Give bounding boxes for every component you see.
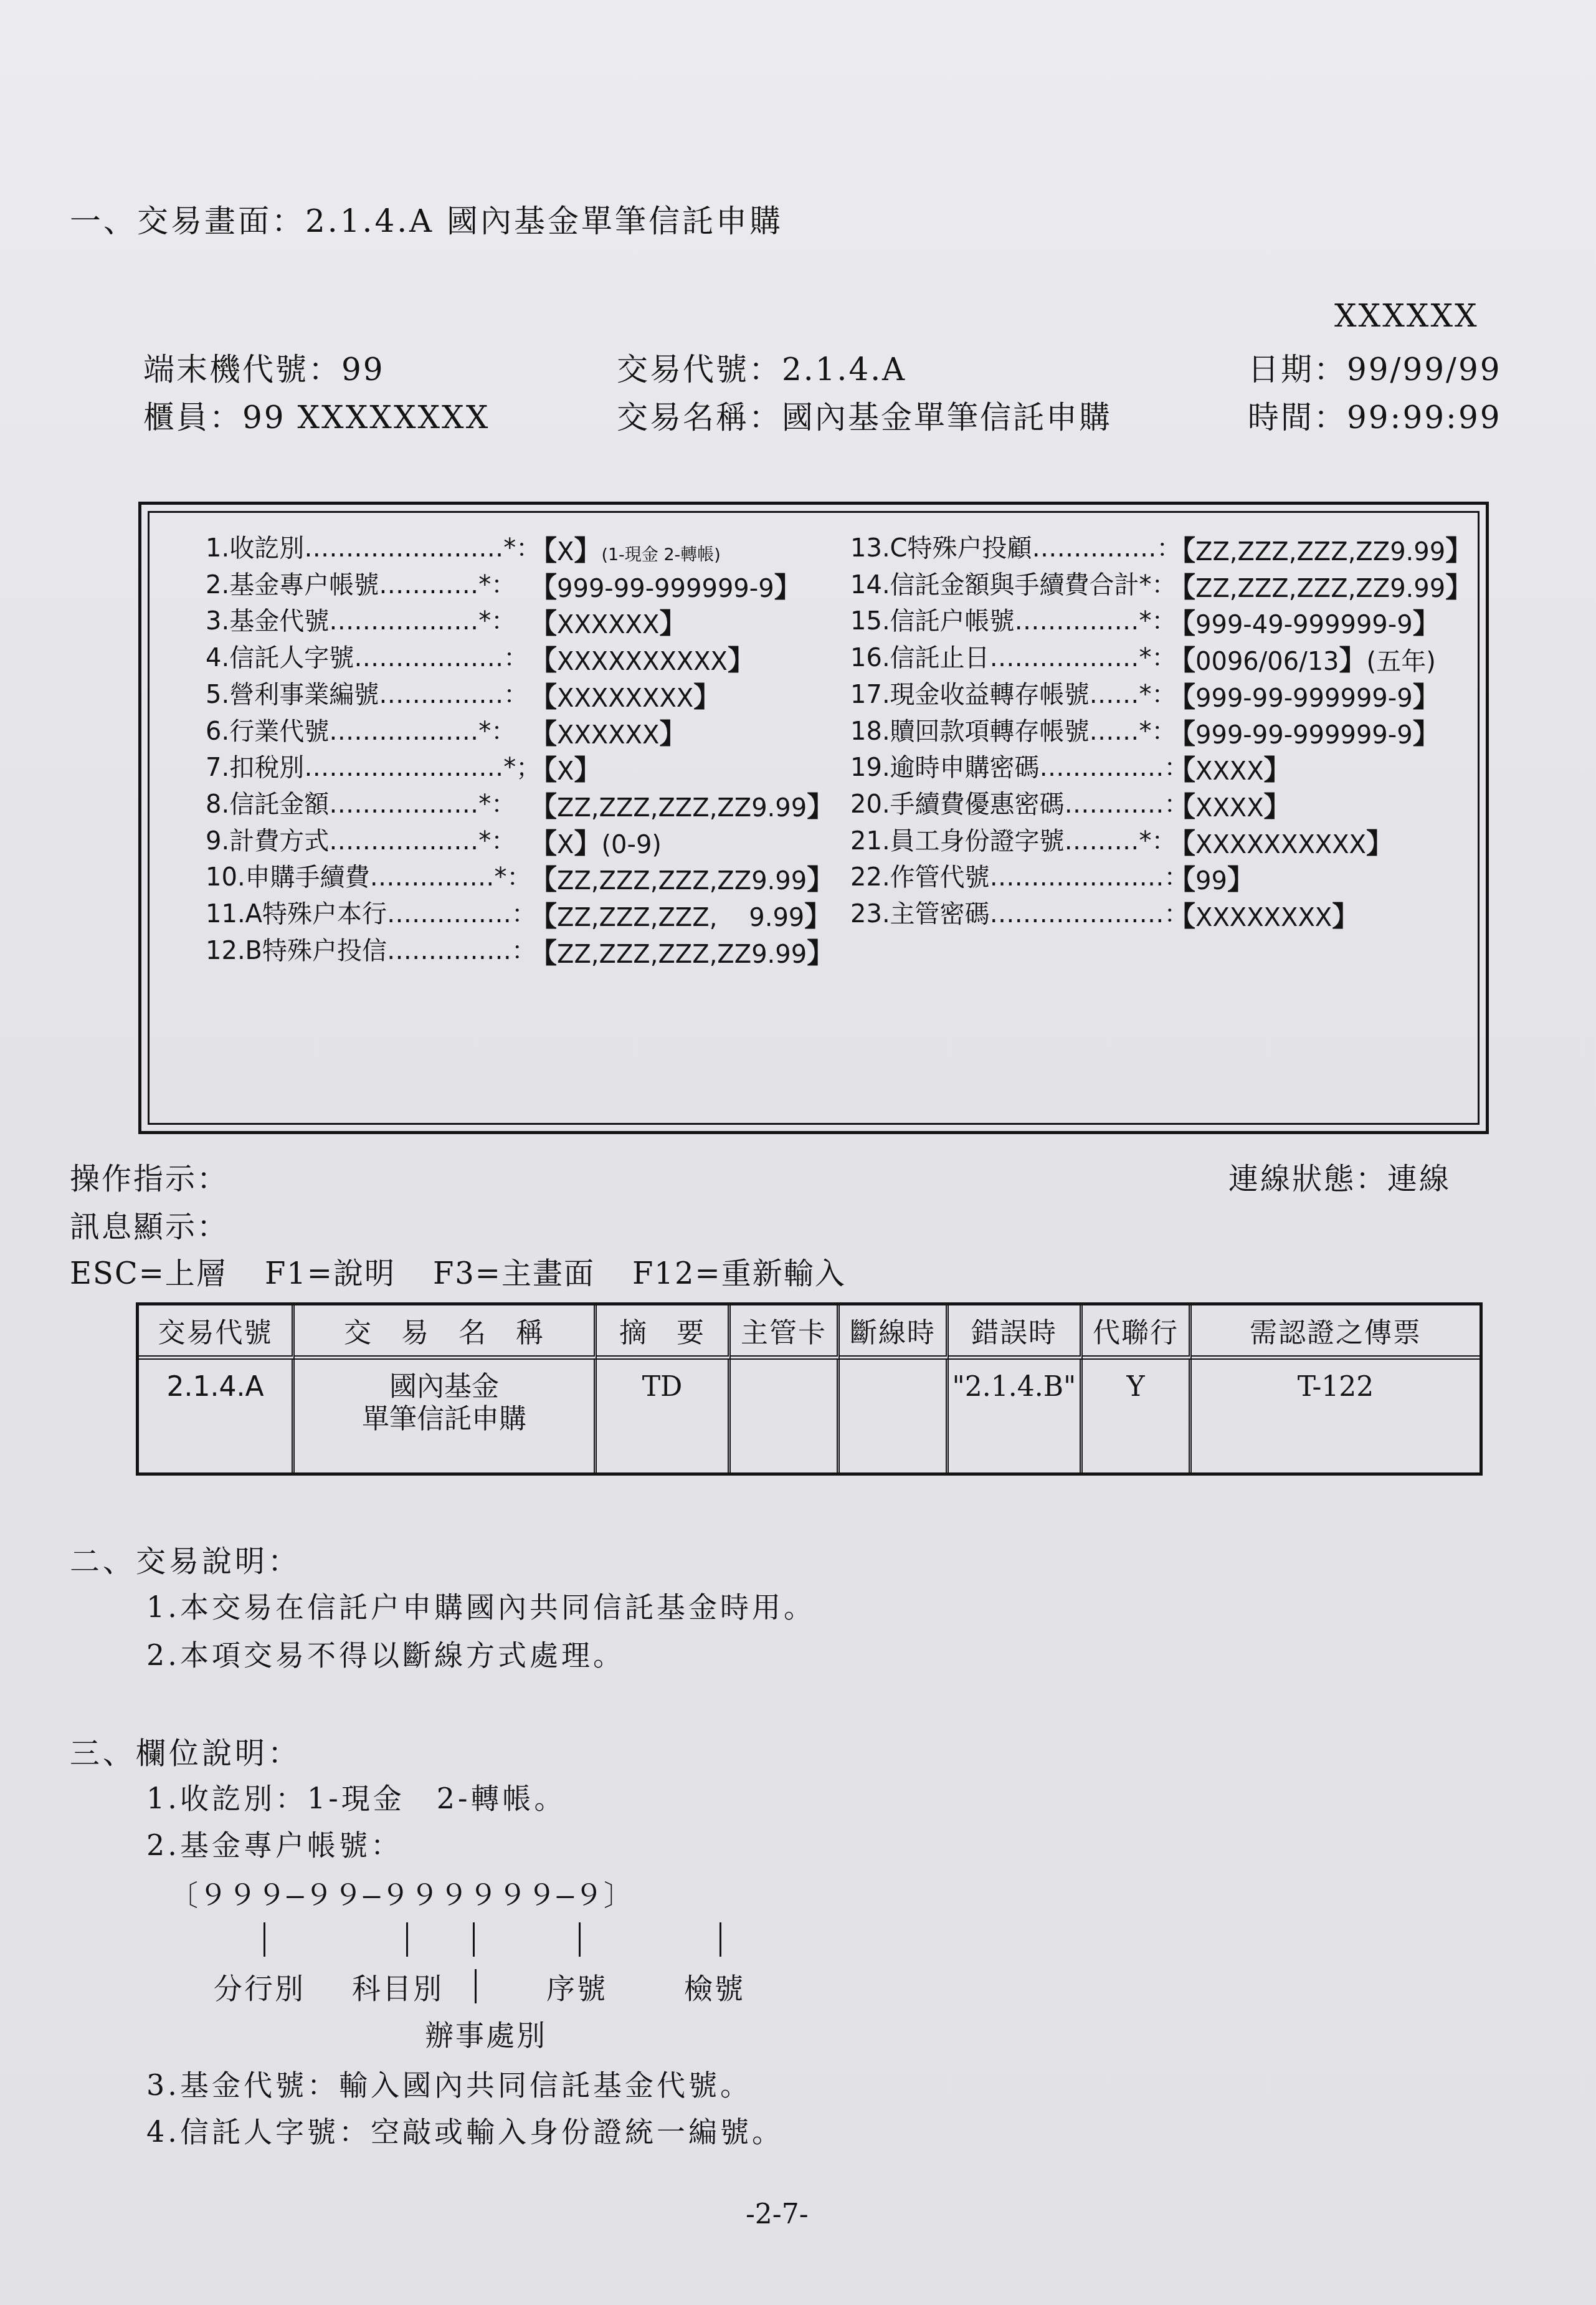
pointer-line <box>264 1922 265 1957</box>
form-field-label: 11.A特殊户本行……………： <box>206 894 536 930</box>
form-field-input[interactable]: 【XXXXXXXXXX】 <box>1168 821 1394 861</box>
form-field-row: 20.手續費優惠密碼…………：【XXXX】 <box>850 785 1189 820</box>
cell-offline <box>840 1360 949 1472</box>
form-field-hint: (五年) <box>1367 647 1436 676</box>
part-branch: 分行別 <box>214 1966 305 2007</box>
f3-key[interactable]: F3=主畫面 <box>433 1256 595 1291</box>
form-field-input[interactable]: 【XXXXXX】 <box>530 712 686 752</box>
f1-key[interactable]: F1=說明 <box>265 1256 396 1291</box>
field-bracket-open: 【 <box>530 938 557 970</box>
cell-on-error: "2.1.4.B" <box>949 1360 1083 1472</box>
form-field-input[interactable]: 【X】(0-9) <box>530 821 662 861</box>
form-field-input[interactable]: 【ZZ,ZZZ,ZZZ,ZZ9.99】 <box>1168 565 1473 605</box>
form-field-row: 12.B特殊户投信……………：【ZZ,ZZZ,ZZZ,ZZ9.99】 <box>206 931 536 966</box>
field-bracket-open: 【 <box>530 791 557 823</box>
form-field-value: X <box>557 757 574 786</box>
form-field-row: 17.現金收益轉存帳號……*：【999-99-999999-9】 <box>850 675 1177 710</box>
section-3-item-1: 1.收訖別：1-現金 2-轉帳。 <box>146 1776 566 1817</box>
form-field-row: 23.主管密碼…………………：【XXXXXXXX】 <box>850 894 1189 930</box>
form-field-label: 16.信託止日………………*： <box>850 638 1177 674</box>
form-field-row: 5.營利事業編號……………：【XXXXXXXX】 <box>206 675 528 710</box>
form-field-row: 11.A特殊户本行……………：【ZZ,ZZZ,ZZZ, 9.99】 <box>206 894 536 930</box>
form-field-value: ZZ,ZZZ,ZZZ, 9.99 <box>557 904 804 932</box>
transaction-name: 交易名稱：國內基金單筆信託申購 <box>617 393 1112 437</box>
form-field-row: 7.扣稅別……………………*；【X】 <box>206 748 541 783</box>
col-header-agent-bank: 代聯行 <box>1083 1305 1192 1360</box>
form-field-label: 22.作管代號…………………： <box>850 857 1189 893</box>
field-bracket-close: 】 <box>1332 901 1359 933</box>
field-bracket-close: 】 <box>659 608 686 640</box>
field-bracket-close: 】 <box>1413 718 1440 750</box>
message-display-label: 訊息顯示： <box>70 1203 229 1246</box>
field-bracket-open: 【 <box>1168 608 1195 640</box>
form-field-value: 999-99-999999-9 <box>1195 721 1413 750</box>
field-bracket-open: 【 <box>1168 901 1195 933</box>
section-1-heading: 一、交易畫面：2.1.4.A 國內基金單筆信託申購 <box>70 196 783 241</box>
form-field-input[interactable]: 【X】 <box>530 748 601 788</box>
cell-supervisor-card <box>731 1360 840 1472</box>
cell-txn-code: 2.1.4.A <box>139 1360 295 1472</box>
part-subject: 科目別 <box>352 1966 444 2007</box>
form-field-value: XXXX <box>1195 757 1264 786</box>
table-row: 2.1.4.A 國內基金 單筆信託申購 TD "2.1.4.B" Y T-122 <box>139 1360 1480 1472</box>
form-field-input[interactable]: 【XXXX】 <box>1168 748 1291 788</box>
field-bracket-close: 】 <box>1445 535 1473 567</box>
form-field-row: 16.信託止日………………*：【0096/06/13】(五年) <box>850 638 1177 674</box>
form-field-label: 3.基金代號………………*： <box>206 601 516 637</box>
top-right-code: XXXXXX <box>1334 298 1479 334</box>
field-bracket-open: 【 <box>1168 791 1195 823</box>
terminal-id: 端末機代號：99 <box>143 345 385 389</box>
field-bracket-open: 【 <box>530 864 557 896</box>
field-bracket-close: 】 <box>774 572 802 604</box>
form-field-row: 22.作管代號…………………：【99】 <box>850 857 1189 893</box>
field-bracket-open: 【 <box>1168 718 1195 750</box>
field-bracket-close: 】 <box>1366 828 1394 860</box>
form-field-row: 13.C特殊户投顧……………：【ZZ,ZZZ,ZZZ,ZZ9.99】 <box>850 528 1182 564</box>
field-bracket-open: 【 <box>530 901 557 933</box>
f12-key[interactable]: F12=重新輸入 <box>632 1256 846 1291</box>
field-bracket-open: 【 <box>1168 572 1195 604</box>
field-bracket-open: 【 <box>530 608 557 640</box>
field-bracket-close: 】 <box>574 535 601 567</box>
form-field-input[interactable]: 【ZZ,ZZZ,ZZZ, 9.99】 <box>530 894 832 934</box>
form-field-row: 9.計費方式………………*：【X】(0-9) <box>206 821 516 857</box>
field-bracket-open: 【 <box>530 645 557 677</box>
form-field-row: 6.行業代號………………*：【XXXXXX】 <box>206 712 516 747</box>
section-2-heading: 二、交易說明： <box>70 1537 301 1580</box>
field-bracket-open: 【 <box>1168 682 1195 713</box>
form-field-value: 999-99-999999-9 <box>1195 684 1413 713</box>
account-format-diagram: 〔９９９—９９—９９９９９９—９〕 <box>169 1873 633 1914</box>
col-header-voucher: 需認證之傳票 <box>1192 1305 1480 1360</box>
form-field-label: 2.基金專户帳號…………*： <box>206 565 516 601</box>
form-field-input[interactable]: 【XXXXXXXX】 <box>1168 894 1359 934</box>
form-field-label: 5.營利事業編號……………： <box>206 675 528 710</box>
col-header-supervisor-card: 主管卡 <box>731 1305 840 1360</box>
form-field-value: ZZ,ZZZ,ZZZ,ZZ9.99 <box>1195 575 1445 603</box>
form-field-value: X <box>557 538 574 566</box>
form-field-input[interactable]: 【999-49-999999-9】 <box>1168 601 1440 641</box>
form-field-row: 21.員工身份證字號………*：【XXXXXXXXXX】 <box>850 821 1177 857</box>
form-field-input[interactable]: 【XXXXXXXXXX】 <box>530 638 755 678</box>
form-field-value: XXXXXX <box>557 721 659 750</box>
form-field-value: XXXXXXXX <box>1195 904 1332 932</box>
transaction-spec-table: 交易代號 交 易 名 稱 摘 要 主管卡 斷線時 錯誤時 代聯行 需認證之傳票 … <box>136 1302 1483 1476</box>
form-field-label: 8.信託金額………………*： <box>206 785 516 820</box>
teller-id: 櫃員：99 XXXXXXXX <box>143 393 490 437</box>
pointer-line <box>475 1969 477 2003</box>
form-field-value: XXXXXXXX <box>557 684 693 713</box>
form-field-hint: (0-9) <box>601 831 662 859</box>
page-number: -2-7- <box>746 2198 809 2230</box>
field-bracket-open: 【 <box>1168 755 1195 786</box>
field-bracket-close: 】 <box>1413 682 1440 713</box>
operation-hint-label: 操作指示： <box>70 1155 229 1198</box>
form-field-value: XXXXXX <box>557 611 659 639</box>
cell-summary: TD <box>597 1360 731 1472</box>
form-field-value: 999-99-999999-9 <box>557 575 774 603</box>
field-bracket-close: 】 <box>1264 755 1291 786</box>
field-bracket-close: 】 <box>659 718 686 750</box>
form-field-label: 17.現金收益轉存帳號……*： <box>850 675 1177 710</box>
esc-key[interactable]: ESC=上層 <box>70 1256 227 1291</box>
form-field-value: 999-49-999999-9 <box>1195 611 1413 639</box>
cell-txn-name: 國內基金 單筆信託申購 <box>295 1360 597 1472</box>
form-field-label: 4.信託人字號………………： <box>206 638 528 674</box>
col-header-on-error: 錯誤時 <box>949 1305 1083 1360</box>
field-bracket-open: 【 <box>1168 828 1195 860</box>
date-field: 日期：99/99/99 <box>1248 345 1502 389</box>
col-header-summary: 摘 要 <box>597 1305 731 1360</box>
field-bracket-close: 】 <box>807 938 834 970</box>
form-field-input[interactable]: 【99】 <box>1168 857 1255 897</box>
form-field-input[interactable]: 【999-99-999999-9】 <box>1168 675 1440 715</box>
form-field-label: 6.行業代號………………*： <box>206 712 516 747</box>
section-2-item-1: 1.本交易在信託户申購國內共同信託基金時用。 <box>146 1585 815 1626</box>
form-field-label: 19.逾時申購密碼……………： <box>850 748 1189 783</box>
form-field-row: 15.信託户帳號……………*：【999-49-999999-9】 <box>850 601 1177 637</box>
time-field: 時間：99:99:99 <box>1248 393 1502 437</box>
form-field-value: XXXX <box>1195 794 1264 823</box>
table-header-row: 交易代號 交 易 名 稱 摘 要 主管卡 斷線時 錯誤時 代聯行 需認證之傳票 <box>139 1305 1480 1360</box>
form-field-label: 12.B特殊户投信……………： <box>206 931 536 966</box>
part-office: 辦事處別 <box>425 2013 547 2054</box>
part-check-digit: 檢號 <box>684 1966 745 2007</box>
form-field-row: 18.贖回款項轉存帳號……*：【999-99-999999-9】 <box>850 712 1177 747</box>
form-field-label: 18.贖回款項轉存帳號……*： <box>850 712 1177 747</box>
form-field-label: 1.收訖別……………………*： <box>206 528 541 564</box>
field-bracket-close: 】 <box>574 755 601 786</box>
field-bracket-close: 】 <box>807 791 834 823</box>
cell-agent-bank: Y <box>1083 1360 1192 1472</box>
form-field-label: 10.申購手續費……………*： <box>206 857 532 893</box>
form-field-value: X <box>557 831 574 859</box>
form-field-value: 0096/06/13 <box>1195 647 1339 676</box>
pointer-line <box>406 1922 408 1957</box>
form-field-input[interactable]: 【XXXXXX】 <box>530 601 686 641</box>
form-field-label: 21.員工身份證字號………*： <box>850 821 1177 857</box>
form-field-row: 1.收訖別……………………*：【X】(1-現金 2-轉帳) <box>206 528 541 564</box>
col-header-txn-name: 交 易 名 稱 <box>295 1305 597 1360</box>
section-3-item-2: 2.基金專户帳號： <box>146 1823 402 1864</box>
part-serial: 序號 <box>546 1966 607 2007</box>
form-field-input[interactable]: 【ZZ,ZZZ,ZZZ,ZZ9.99】 <box>530 931 834 971</box>
field-bracket-close: 】 <box>1339 645 1367 677</box>
transaction-code: 交易代號：2.1.4.A <box>617 345 906 389</box>
form-field-input[interactable]: 【XXXX】 <box>1168 785 1291 824</box>
cell-voucher: T-122 <box>1192 1360 1480 1472</box>
form-field-hint: (1-現金 2-轉帳) <box>601 545 721 565</box>
form-field-value: ZZ,ZZZ,ZZZ,ZZ9.99 <box>557 940 807 969</box>
field-bracket-close: 】 <box>574 828 601 860</box>
field-bracket-close: 】 <box>1227 864 1255 896</box>
section-2-item-2: 2.本項交易不得以斷線方式處理。 <box>146 1633 625 1674</box>
col-header-txn-code: 交易代號 <box>139 1305 295 1360</box>
field-bracket-close: 】 <box>1413 608 1440 640</box>
field-bracket-open: 【 <box>530 828 557 860</box>
section-3-heading: 三、欄位說明： <box>70 1729 301 1772</box>
form-field-input[interactable]: 【X】(1-現金 2-轉帳) <box>530 528 721 568</box>
form-field-input[interactable]: 【ZZ,ZZZ,ZZZ,ZZ9.99】 <box>1168 528 1473 568</box>
section-3-item-3: 3.基金代號：輸入國內共同信託基金代號。 <box>146 2063 752 2104</box>
pointer-line <box>579 1922 581 1957</box>
field-bracket-close: 】 <box>1445 572 1473 604</box>
form-field-row: 14.信託金額與手續費合計*：【ZZ,ZZZ,ZZZ,ZZ9.99】 <box>850 565 1177 601</box>
function-keys-bar: ESC=上層F1=說明F3=主畫面F12=重新輸入 <box>70 1249 846 1292</box>
field-bracket-open: 【 <box>1168 864 1195 896</box>
field-bracket-open: 【 <box>530 682 557 713</box>
field-bracket-close: 】 <box>728 645 755 677</box>
field-bracket-close: 】 <box>807 864 834 896</box>
form-field-input[interactable]: 【XXXXXXXX】 <box>530 675 721 715</box>
field-bracket-close: 】 <box>804 901 832 933</box>
form-field-value: XXXXXXXXXX <box>557 647 728 676</box>
form-field-value: ZZ,ZZZ,ZZZ,ZZ9.99 <box>557 794 807 823</box>
form-field-row: 4.信託人字號………………：【XXXXXXXXXX】 <box>206 638 528 674</box>
form-field-row: 3.基金代號………………*：【XXXXXX】 <box>206 601 516 637</box>
form-field-row: 2.基金專户帳號…………*：【999-99-999999-9】 <box>206 565 516 601</box>
form-field-row: 8.信託金額………………*：【ZZ,ZZZ,ZZZ,ZZ9.99】 <box>206 785 516 820</box>
form-field-label: 13.C特殊户投顧……………： <box>850 528 1182 564</box>
form-field-input[interactable]: 【0096/06/13】(五年) <box>1168 638 1436 678</box>
form-field-input[interactable]: 【ZZ,ZZZ,ZZZ,ZZ9.99】 <box>530 785 834 824</box>
form-field-label: 9.計費方式………………*： <box>206 821 516 857</box>
form-field-input[interactable]: 【ZZ,ZZZ,ZZZ,ZZ9.99】 <box>530 857 834 897</box>
form-field-value: ZZ,ZZZ,ZZZ,ZZ9.99 <box>1195 538 1445 566</box>
col-header-offline: 斷線時 <box>840 1305 949 1360</box>
form-field-label: 14.信託金額與手續費合計*： <box>850 565 1177 601</box>
field-bracket-open: 【 <box>530 755 557 786</box>
form-field-input[interactable]: 【999-99-999999-9】 <box>1168 712 1440 752</box>
field-bracket-close: 】 <box>1264 791 1291 823</box>
pointer-line <box>473 1922 475 1957</box>
form-field-value: ZZ,ZZZ,ZZZ,ZZ9.99 <box>557 867 807 895</box>
form-field-label: 15.信託户帳號……………*： <box>850 601 1177 637</box>
form-field-row: 19.逾時申購密碼……………：【XXXX】 <box>850 748 1189 783</box>
form-field-row: 10.申購手續費……………*：【ZZ,ZZZ,ZZZ,ZZ9.99】 <box>206 857 532 893</box>
form-field-input[interactable]: 【999-99-999999-9】 <box>530 565 802 605</box>
form-field-value: XXXXXXXXXX <box>1195 831 1366 859</box>
form-field-value: 99 <box>1195 867 1227 895</box>
field-bracket-open: 【 <box>1168 645 1195 677</box>
field-bracket-open: 【 <box>530 718 557 750</box>
field-bracket-open: 【 <box>1168 535 1195 567</box>
connection-status: 連線狀態：連線 <box>1228 1155 1451 1198</box>
field-bracket-open: 【 <box>530 572 557 604</box>
field-bracket-open: 【 <box>530 535 557 567</box>
form-field-label: 7.扣稅別……………………*； <box>206 748 541 783</box>
section-3-item-4: 4.信託人字號：空敲或輸入身份證統一編號。 <box>146 2109 784 2150</box>
form-field-label: 20.手續費優惠密碼…………： <box>850 785 1189 820</box>
pointer-line <box>720 1922 721 1957</box>
field-bracket-close: 】 <box>693 682 721 713</box>
form-field-label: 23.主管密碼…………………： <box>850 894 1189 930</box>
